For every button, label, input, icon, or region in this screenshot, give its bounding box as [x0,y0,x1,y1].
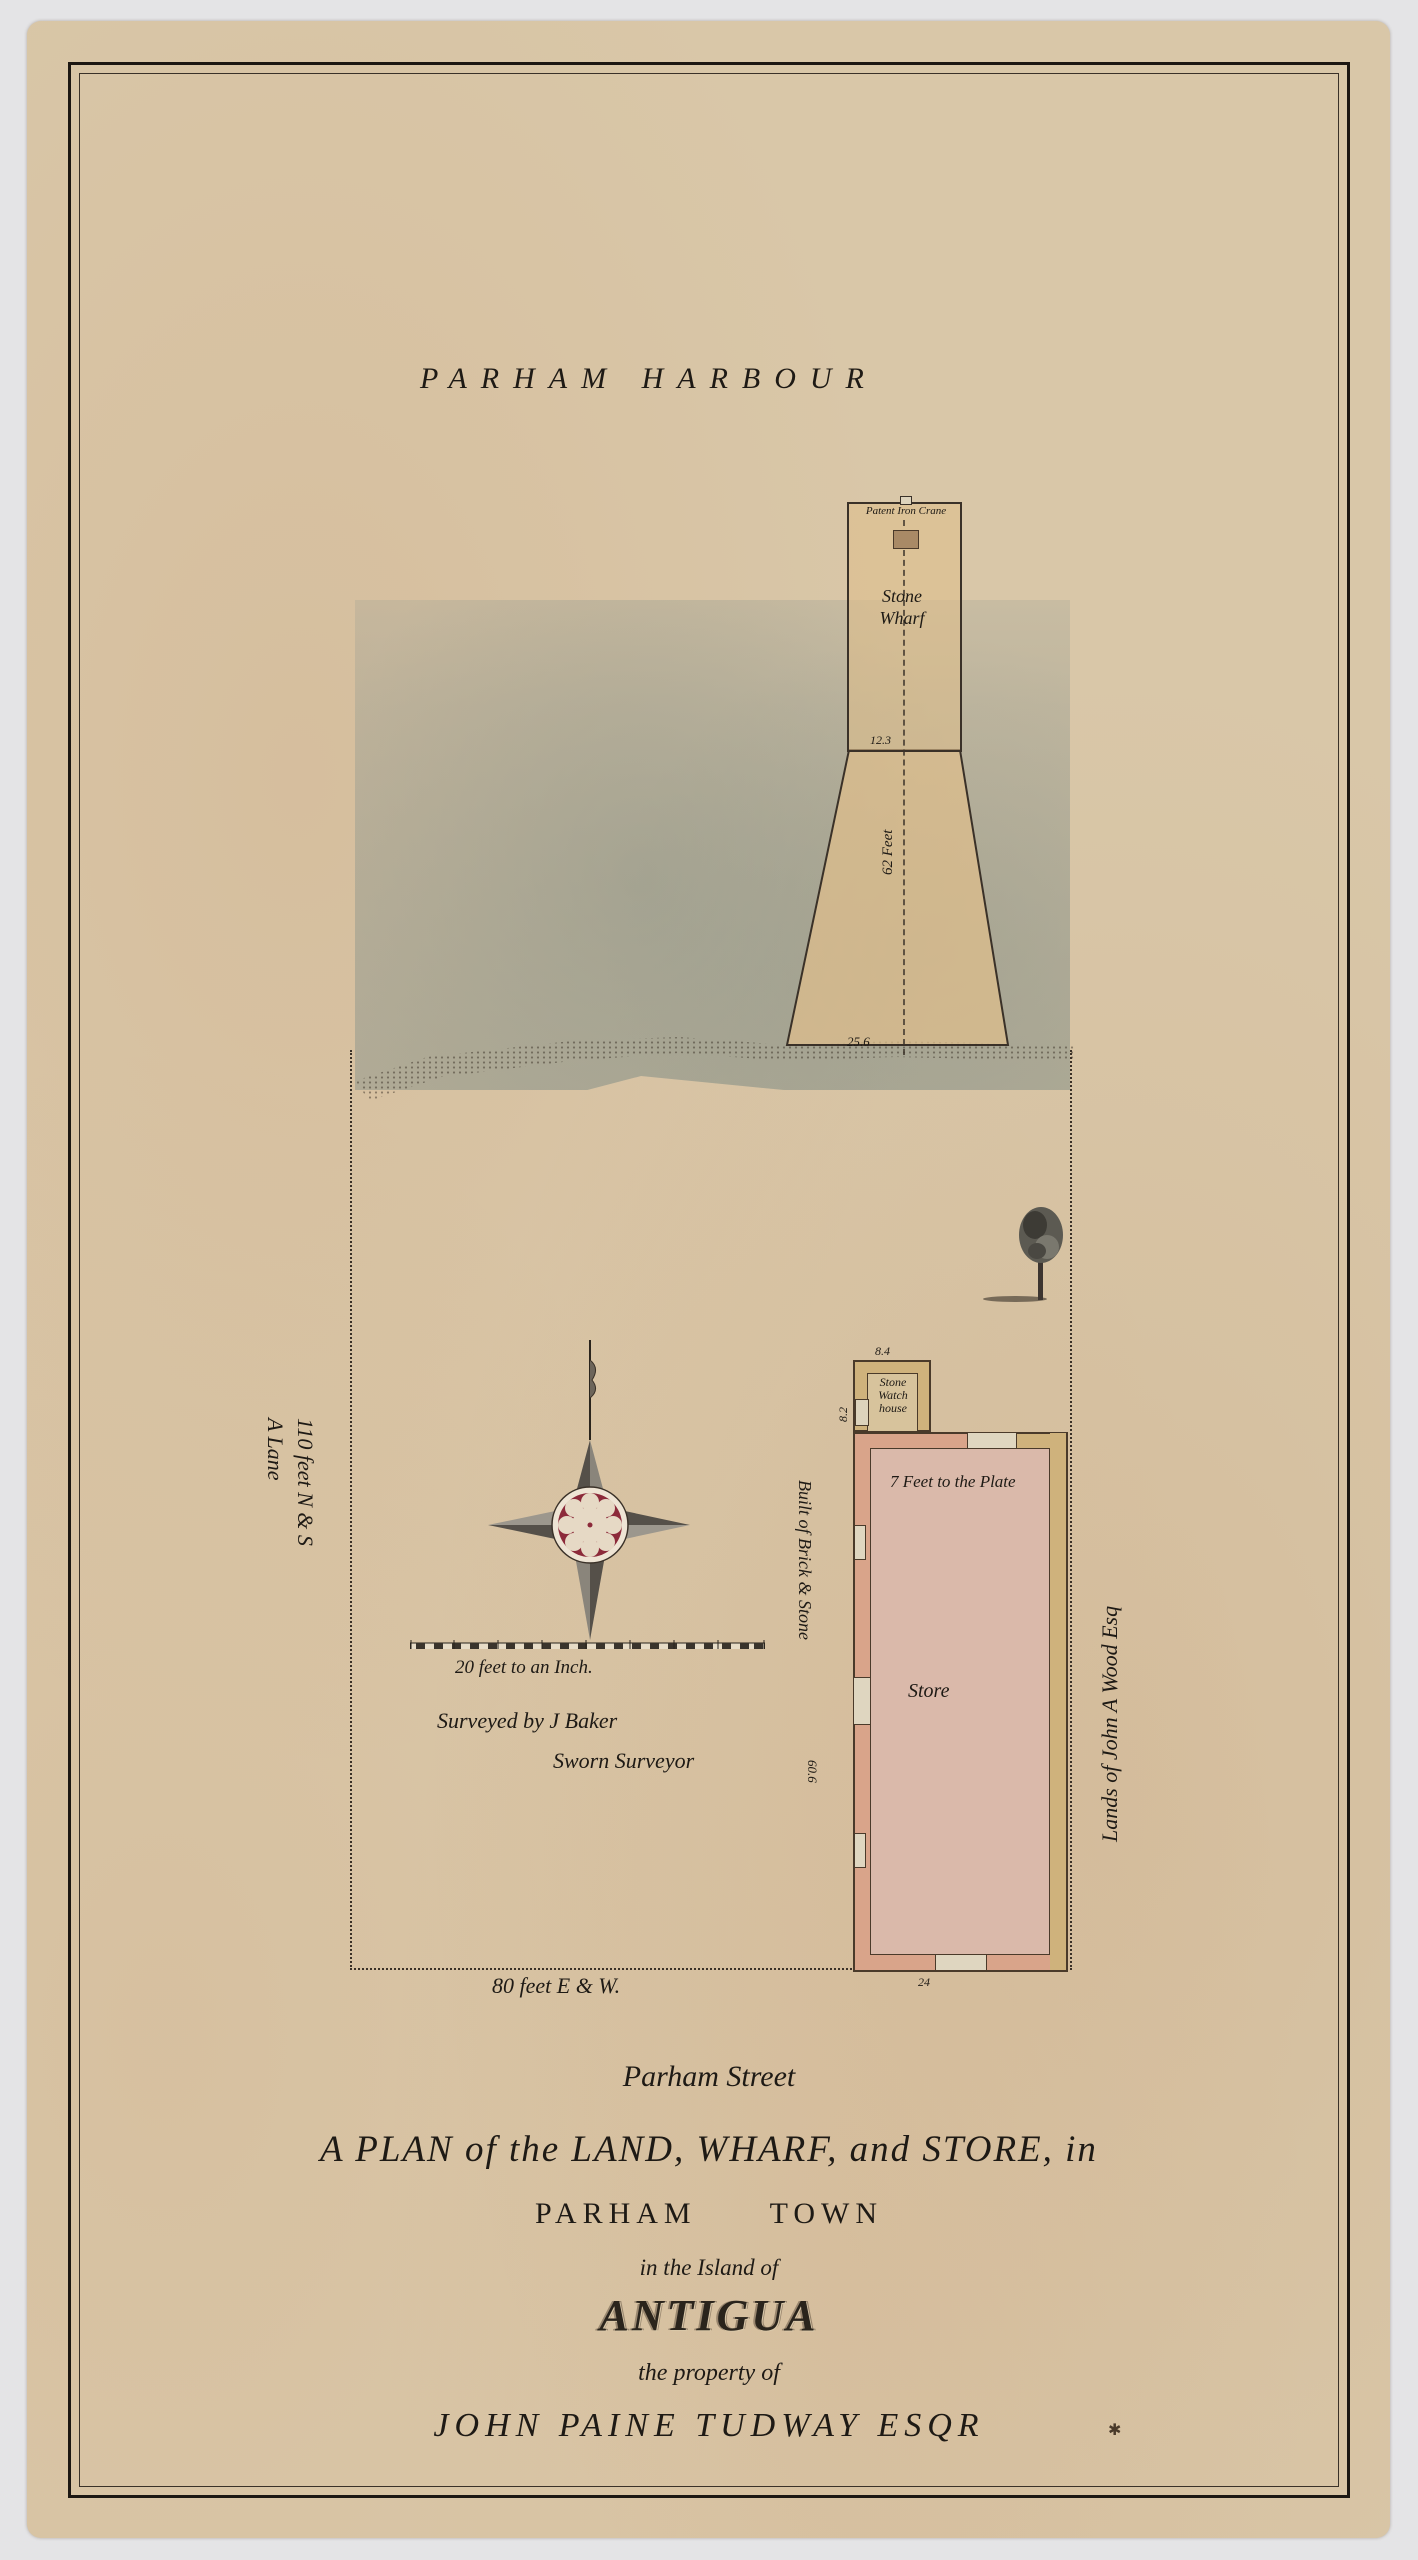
harbour-label: PARHAM HARBOUR [420,362,878,396]
store-label: Store [908,1680,949,1703]
wharf-trapezoid [785,749,1025,1049]
store-length: 60.6 [804,1760,820,1783]
store-construction-note: Built of Brick & Stone [794,1480,815,1640]
tree-icon [975,1195,1065,1305]
wharf-length: 62 Feet [880,830,897,875]
watch-house-depth: 8.2 [836,1407,851,1422]
scale-label: 20 feet to an Inch. [455,1657,593,1679]
wharf-crossline [849,750,960,752]
wharf-label-line2: Wharf [862,607,942,629]
store-north-wall [1015,1434,1066,1449]
watch-house-width: 8.4 [875,1344,890,1359]
street-label: Parham Street [0,2060,1418,2094]
watch-house-door [855,1399,869,1426]
crane-icon [893,530,919,549]
store-width: 24 [918,1975,930,1990]
island-prefix: in the Island of [0,2255,1418,2281]
store-door-west [854,1677,870,1725]
crane-label: Patent Iron Crane [850,505,962,517]
surveyor-title: Sworn Surveyor [553,1748,694,1774]
crane-cap [900,496,912,505]
south-boundary-label: 80 feet E & W. [492,1973,620,1999]
compass-rose-icon [480,1340,700,1640]
surveyor-credit: Surveyed by J Baker [437,1708,617,1734]
store-window [854,1833,866,1868]
store-east-wall [1050,1433,1066,1970]
ornament-icon: ✱ [1108,2420,1121,2440]
watch-house-label: Stone Watch house [868,1376,918,1415]
store-door-south [935,1955,987,1970]
wharf-label: Stone Wharf [862,585,942,629]
east-boundary-label: Lands of John A Wood Esq [1097,1606,1123,1842]
store-interior [870,1448,1050,1955]
store-height-note: 7 Feet to the Plate [890,1472,1016,1492]
west-boundary-dimension: 110 feet N & S [290,1418,320,1546]
store-door-north [967,1433,1017,1448]
wharf-label-line1: Stone [862,585,942,607]
watch-label-line3: house [868,1402,918,1415]
scale-bar [410,1640,765,1649]
wharf-width-top: 12.3 [870,733,891,748]
map-title: A PLAN of the LAND, WHARF, and STORE, in [0,2128,1418,2171]
west-boundary-label: 110 feet N & S A Lane [260,1418,320,1546]
island-name: ANTIGUA [0,2290,1418,2341]
owner-name: JOHN PAINE TUDWAY ESQR [0,2407,1418,2445]
store-window [854,1525,866,1560]
wharf-width-base: 25.6 [847,1034,870,1050]
town-label: PARHAM TOWN [0,2197,1418,2231]
property-prefix: the property of [0,2360,1418,2387]
west-boundary-lane: A Lane [260,1418,290,1546]
